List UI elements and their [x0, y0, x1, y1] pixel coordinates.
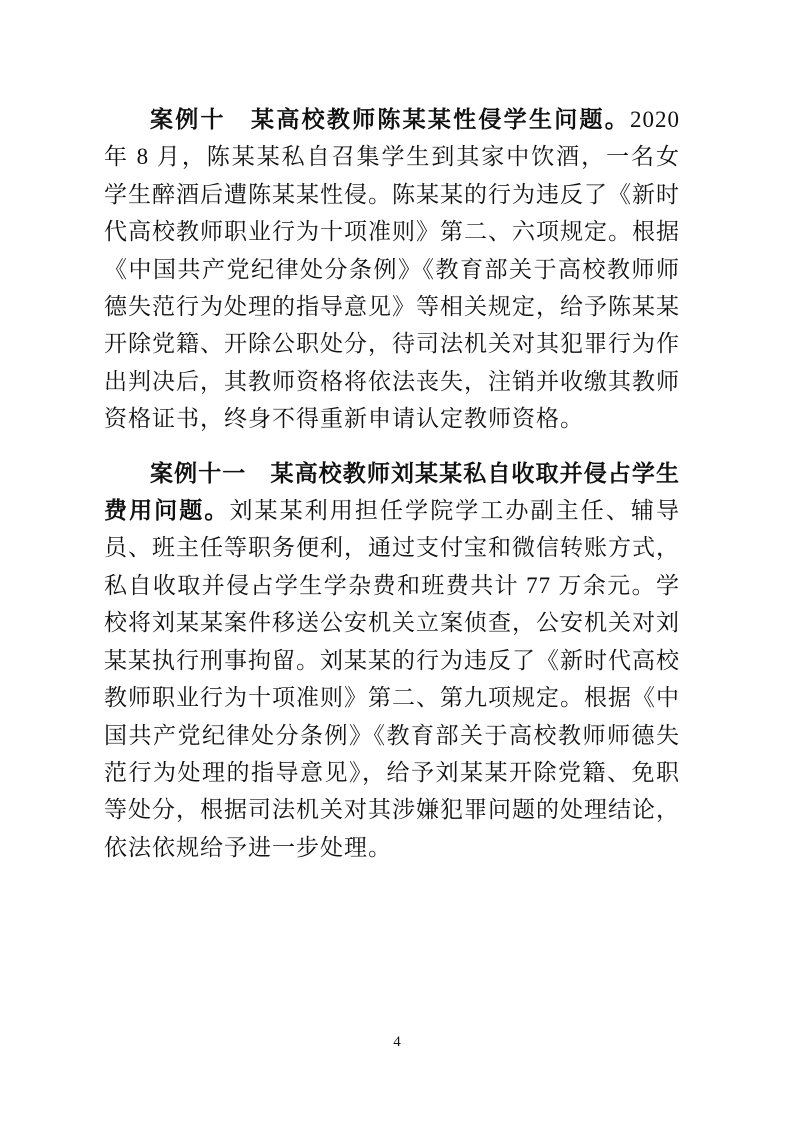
case-10-heading: 案例十 某高校教师陈某某性侵学生问题。 — [150, 107, 630, 132]
paragraph-case-11: 案例十一 某高校教师刘某某私自收取并侵占学生费用问题。刘某某利用担任学院学工办副… — [104, 455, 680, 866]
paragraph-case-10: 案例十 某高校教师陈某某性侵学生问题。2020 年 8 月，陈某某私自召集学生到… — [104, 101, 680, 438]
document-page: 案例十 某高校教师陈某某性侵学生问题。2020 年 8 月，陈某某私自召集学生到… — [0, 0, 794, 1123]
case-11-body-text: 刘某某利用担任学院学工办副主任、辅导员、班主任等职务便利，通过支付宝和微信转账方… — [104, 498, 680, 860]
document-body: 案例十 某高校教师陈某某性侵学生问题。2020 年 8 月，陈某某私自召集学生到… — [104, 101, 680, 883]
case-10-body-text: 2020 年 8 月，陈某某私自召集学生到其家中饮酒，一名女学生醉酒后遭陈某某性… — [104, 107, 680, 431]
page-footer: 4 — [0, 1033, 794, 1051]
page-number: 4 — [393, 1034, 401, 1050]
